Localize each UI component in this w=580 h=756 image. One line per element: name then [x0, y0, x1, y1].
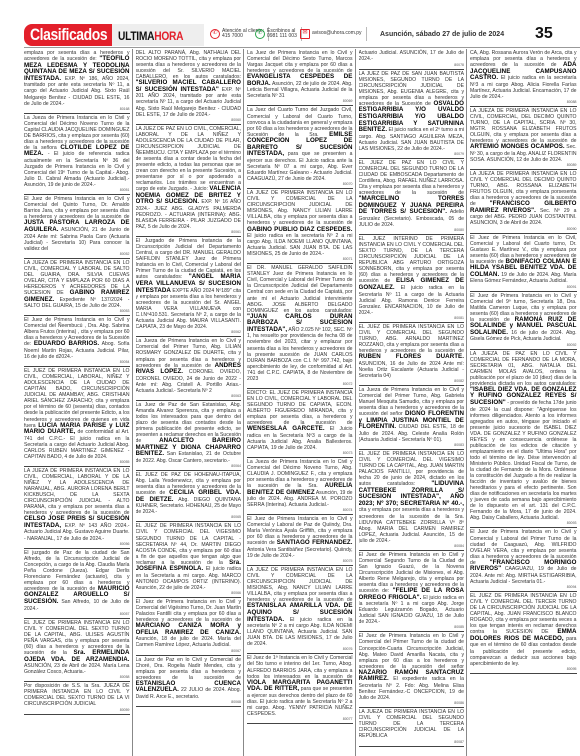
- notice-text: El Juez de 1ª Instancia en lo Civil y Co…: [247, 655, 353, 679]
- notice-code: 80055: [24, 460, 130, 464]
- notice-code: 80080: [359, 228, 465, 232]
- notice-text: EL JUEZ DE PRIMERA INSTANCIA EN LO CIVIL…: [359, 324, 465, 354]
- notice-text: EL JUEZ DE PRIMERA INSTANCIA EN LO CIVIL…: [136, 523, 242, 565]
- notice-code: 80072: [247, 382, 353, 386]
- legal-notice: EDICTO: EL JUEZ DE PRIMERA INSTANCIA EN …: [247, 389, 353, 458]
- notice-code: 80087: [359, 740, 465, 744]
- notice-code: 80093: [470, 521, 577, 525]
- notice-code: 80068: [136, 700, 242, 704]
- notice-code: 80082: [359, 379, 465, 383]
- notice-code: 80058: [24, 675, 130, 679]
- column-3: La Juez de Primera Instancia en lo Civil…: [247, 49, 356, 756]
- notice-details: Asunción, 18 de julio de 2024. María del…: [136, 636, 242, 648]
- notice-text: El DR. MANUEL GERALDO SAIFILDIN STANLEY …: [247, 265, 353, 313]
- legal-notice: LA JUEZA DE PRIMERA INSTANCIA EN LO CIVI…: [24, 259, 130, 316]
- legal-notice: EL JUEZ DE PRIMERA INSTANCIA EN LO CIVIL…: [470, 592, 577, 674]
- legal-notice: La Juez de Paz en lo Civil y Comercial d…: [136, 656, 242, 707]
- newspaper-logo: ULTIMAHORA: [118, 29, 183, 43]
- notice-subject: RUBEN FLORES DUARTE.: [359, 353, 465, 360]
- legal-notice: EL JUEZ DE PAZ EN LO CIVIL Y COMERCIAL D…: [359, 159, 465, 235]
- legal-notice: El Juez de Primera Instancia en lo Civil…: [470, 234, 577, 292]
- legal-notice: EL JUEZ DE PRIMERA INSTANCIA EN LO CIVIL…: [24, 619, 130, 683]
- notice-text: DEL ALTO PARANÁ, Abg. NATHALIA DEL ROCIO…: [136, 50, 242, 80]
- legal-notice: EL JUEZ DE PRIMERA INSTANCIA EN LO CIVIL…: [359, 323, 465, 386]
- notice-code: 80076: [247, 647, 353, 651]
- legal-notice: El Juez de Primera Instancia en lo Civil…: [24, 195, 130, 259]
- legal-notice: La Jueza de Primera Instancia en lo Civi…: [359, 386, 465, 450]
- legal-notice: LA JUEZA DE PRIMERA INSTANCIA EN LO CIVI…: [470, 170, 577, 234]
- notice-text: CA, Abg. Rossana Aurora Verón de Arca, c…: [470, 50, 577, 68]
- legal-notice: LA JUEZA DE PRIMERA INSTANCIA EN LO CIVI…: [24, 467, 130, 549]
- notice-code: 80063: [136, 394, 242, 398]
- legal-notice: La Juez de Paz de San Estanislao, Abg. A…: [136, 401, 242, 471]
- notice-text: LA JUEZ DE PRIMERA INSTANCIA EN LO CIVIL…: [247, 190, 353, 226]
- notice-code: 80066: [136, 591, 242, 595]
- notice-text: El Juez de Primera Instancia en lo Civil…: [136, 599, 242, 623]
- legal-notice: EL JUEZ INTERINO DE PRIMERA INSTANCIA EN…: [359, 235, 465, 323]
- legal-notice: EL JUEZ DE PRIMERA INSTANCIA EN LO CIVIL…: [136, 522, 242, 598]
- notice-code: 80070: [247, 182, 353, 186]
- notice-code: 80064: [136, 464, 242, 468]
- notice-text: LA JUEZ DE PRIMERA INSTANCIA EN LO CIVIL…: [247, 567, 353, 603]
- notice-code: 80077: [247, 717, 353, 721]
- notice-details: AÑO 2.025 Nº 102, SEC. Nº 1, ha resuelto…: [247, 327, 353, 382]
- legal-notice: LA JUEZA DE PRIMERA INSTANCIA EN LO CIVI…: [359, 708, 465, 747]
- notice-code: 80089: [470, 163, 577, 167]
- notice-subject: SANTIAGO FERNANDEZ.: [277, 539, 353, 546]
- notice-code: 80078: [359, 63, 465, 67]
- notice-subject: GABINO PUBLIO DIAZ CESPEDES.: [247, 226, 353, 233]
- column-2: DEL ALTO PARANÁ, Abg. NATHALIA DEL ROCIO…: [136, 49, 245, 756]
- legal-notice: El Juez de Primera Instancia en lo Civil…: [359, 551, 465, 633]
- legal-notice: La Juez de Primera Instancia en lo Civil…: [247, 49, 353, 106]
- notice-details: ASUNCIÓN, 23 de Abril de 2024. María Len…: [24, 663, 130, 675]
- legal-notice: EL JUEZ DE PAZ DE HOHENAU-ITAPUA, Abg. L…: [136, 471, 242, 522]
- notice-subject: "MARCELINO TORRES DOMINGUEZ Y JUANA PERE…: [359, 195, 465, 215]
- legal-notice: LA JUEZ DE PRIMERA INSTANCIA EN LO CIVIL…: [247, 189, 353, 264]
- notice-code: 80062: [136, 330, 242, 334]
- notice-code: 80061: [136, 230, 242, 234]
- issue-date: Asunción, sábado 27 de julio de 2024: [380, 31, 504, 38]
- notice-code: 80094: [470, 585, 577, 589]
- notice-code: 80088: [470, 100, 577, 104]
- notice-code: 80060: [136, 118, 242, 122]
- section-banner: Clasificados: [24, 24, 116, 46]
- legal-notice: El Juez de Primera Instancia en lo Civil…: [470, 528, 577, 592]
- notice-code: 80081: [359, 316, 465, 320]
- notice-text: LA JUEZA DE PRIMERA INSTANCIA EN LO CIVI…: [470, 108, 577, 144]
- notice-text: LA JUEZ DE PAZ EN LO CIVIL, COMERCIAL, L…: [136, 126, 242, 192]
- legal-notice: EL JUEZ DE PRIMERA INSTANCIA EN LO CIVIL…: [359, 450, 465, 551]
- notice-text: EDICTO: EL JUEZ DE PRIMERA INSTANCIA EN …: [247, 390, 353, 426]
- legal-notice: Por disposición de S.S. la Sra. JUEZA DE…: [24, 682, 130, 715]
- notice-code: 80079: [359, 152, 465, 156]
- legal-notice: LA JUEZA DE PRIMERA INSTANCIA EN LO CIVI…: [470, 107, 577, 170]
- notice-details: cita y emplaza por sesenta días a herede…: [359, 507, 465, 543]
- notice-code: 80073: [247, 451, 353, 455]
- contact-whatsapp[interactable]: ✆ Escribinos al0981 111 003: [255, 27, 302, 41]
- notice-text: La Juez de Primera Instancia en lo Civil…: [247, 50, 353, 74]
- notice-code: 80052: [24, 252, 130, 256]
- notice-code: 80059: [24, 708, 130, 712]
- notice-code: 80091: [470, 285, 577, 289]
- notice-details: El juicio radica en la secretaría Nº 2 a…: [247, 233, 353, 257]
- notice-text: LA JUEZA DE PAZ EN LO CIVIL Y COMERCIAL …: [470, 351, 577, 387]
- legal-notice: emplaza por sesenta días a herederos y a…: [24, 49, 130, 114]
- contact-email[interactable]: ✉ avisos@uhora.com.py: [300, 27, 367, 41]
- page-number: 35: [535, 25, 553, 43]
- notice-code: 80095: [470, 667, 577, 671]
- notice-code: 80092: [470, 343, 577, 347]
- legal-notice: La Jueza de Primera Instancia en lo Civi…: [24, 114, 130, 196]
- notice-subject: WENSESLAA GARCETE.: [247, 425, 325, 432]
- legal-notice: El Juez de Primera Instancia en lo Civil…: [359, 632, 465, 708]
- notice-text: Actuario Judicial. ASUNCIÓN, 17 de Julio…: [359, 50, 465, 62]
- notice-code: 80168: [24, 107, 130, 111]
- notice-code: 80053: [24, 309, 130, 313]
- notice-code: 80067: [136, 649, 242, 653]
- notice-subject: EDUARDO BARRIOS.: [34, 340, 99, 347]
- legal-notice: La Jueza de Primera Instancia en lo Civi…: [136, 337, 242, 401]
- section-title: Clasificados: [30, 25, 107, 45]
- whatsapp-icon: ✆: [255, 29, 265, 39]
- legal-notice: LA JUEZ DE PAZ DE SAN JUAN BAUTISTA MISI…: [359, 70, 465, 159]
- legal-notice: El Juez de Primera Instancia en lo Civil…: [470, 292, 577, 350]
- legal-notice: EL JUEZ DE PRIMERA INSTANCIA EN LO CIVIL…: [24, 367, 130, 467]
- notice-text: El Juez de Primera Instancia en lo Civil…: [359, 633, 465, 669]
- column-5: CA, Abg. Rossana Aurora Verón de Arca, c…: [470, 49, 579, 756]
- page-header: Clasificados ULTIMAHORA ✆ Atención al cl…: [0, 0, 580, 42]
- notice-code: 80083: [359, 443, 465, 447]
- notice-text: EL JUEZ DE PAZ EN LO CIVIL Y COMERCIAL D…: [359, 160, 465, 196]
- legal-notice: LA JUEZA DE PAZ EN LO CIVIL Y COMERCIAL …: [470, 350, 577, 529]
- legal-notice: El Juez de Primera Instancia en lo Civil…: [136, 598, 242, 655]
- notice-subject: MARCIANO CANIZA MORA y OFELIA RAMIREZ DE…: [136, 622, 242, 636]
- notice-code: 80051: [24, 188, 130, 192]
- notice-code: 80057: [24, 612, 130, 616]
- notice-code: 80071: [247, 257, 353, 261]
- legal-notice: El Juzgado de Primera Instancia de la Ci…: [136, 237, 242, 337]
- notice-text: LA JUEZA DE PRIMERA INSTANCIA EN LO CIVI…: [24, 468, 130, 516]
- notice-details: EXPTE AÑO 2024 Nº189" cita y emplaza por…: [136, 288, 242, 331]
- legal-notice: DEL ALTO PARANÁ, Abg. NATHALIA DEL ROCIO…: [136, 49, 242, 125]
- legal-notice: El Juez de Primera Instancia en lo Civil…: [247, 515, 353, 566]
- notice-code: 80065: [136, 515, 242, 519]
- phone-icon: ✆: [210, 29, 220, 39]
- column-4: Actuario Judicial. ASUNCIÓN, 17 de Julio…: [359, 49, 468, 756]
- header-rule: [24, 47, 580, 48]
- legal-notice: LA JUEZ DE PAZ EN LO CIVIL, COMERCIAL, L…: [136, 125, 242, 237]
- notice-code: 80054: [24, 360, 130, 364]
- notice-code: 80056: [24, 542, 130, 546]
- notice-text: La Juez de Paz en lo Civil y Comercial d…: [136, 657, 242, 681]
- legal-notice: Actuario Judicial. ASUNCIÓN, 17 de Julio…: [359, 49, 465, 70]
- notice-code: 80075: [247, 559, 353, 563]
- notice-code: 80086: [359, 701, 465, 705]
- notice-text: LA JUEZA DE PRIMERA INSTANCIA EN LO CIVI…: [359, 709, 465, 739]
- notice-text: EL JUEZ DE PRIMERA INSTANCIA EN LO CIVIL…: [24, 368, 130, 428]
- classifieds-columns: emplaza por sesenta días a herederos y a…: [24, 49, 580, 756]
- legal-notice: El DR. MANUEL GERALDO SAIFILDIN STANLEY …: [247, 264, 353, 389]
- notice-code: 80090: [470, 227, 577, 231]
- notice-code: 80074: [247, 508, 353, 512]
- notice-code: 80084: [359, 544, 465, 548]
- notice-text: El Juez de Primera Instancia en lo Civil…: [24, 196, 130, 220]
- legal-notice: CA, Abg. Rossana Aurora Verón de Arca, c…: [470, 49, 577, 107]
- column-1: emplaza por sesenta días a herederos y a…: [24, 49, 133, 756]
- notice-code: 80069: [247, 99, 353, 103]
- legal-notice: La Jueza de Primera Instancia en lo Civi…: [247, 458, 353, 515]
- legal-notice: El Juez de 1ª Instancia en lo Civil y Co…: [247, 654, 353, 724]
- notice-text: Por disposición de S.S. la Sra. JUEZA DE…: [24, 683, 130, 707]
- legal-notice: El Juez de Primera Instancia en lo Civil…: [24, 316, 130, 367]
- notice-details: - proveído de fecha 17de junio de 2024 l…: [470, 400, 577, 521]
- legal-notice: LA JUEZ DE PRIMERA INSTANCIA EN LO CIVIL…: [247, 566, 353, 654]
- mail-icon: ✉: [300, 29, 310, 39]
- legal-notice: El juzgado de Paz de la ciudad de San Al…: [24, 549, 130, 619]
- notice-details: ASUNCION, 16 de Julio de 2024 Ante mí: N…: [359, 361, 465, 379]
- notice-details: Antonia Vera Santibáñez (Secretario). Qu…: [247, 547, 353, 559]
- notice-subject: ARTEMIO MONGES OCAMPOS.: [470, 143, 565, 150]
- notice-code: 80085: [359, 625, 465, 629]
- legal-notice: La Juez del Cuarto Turno del Juzgado Civ…: [247, 106, 353, 189]
